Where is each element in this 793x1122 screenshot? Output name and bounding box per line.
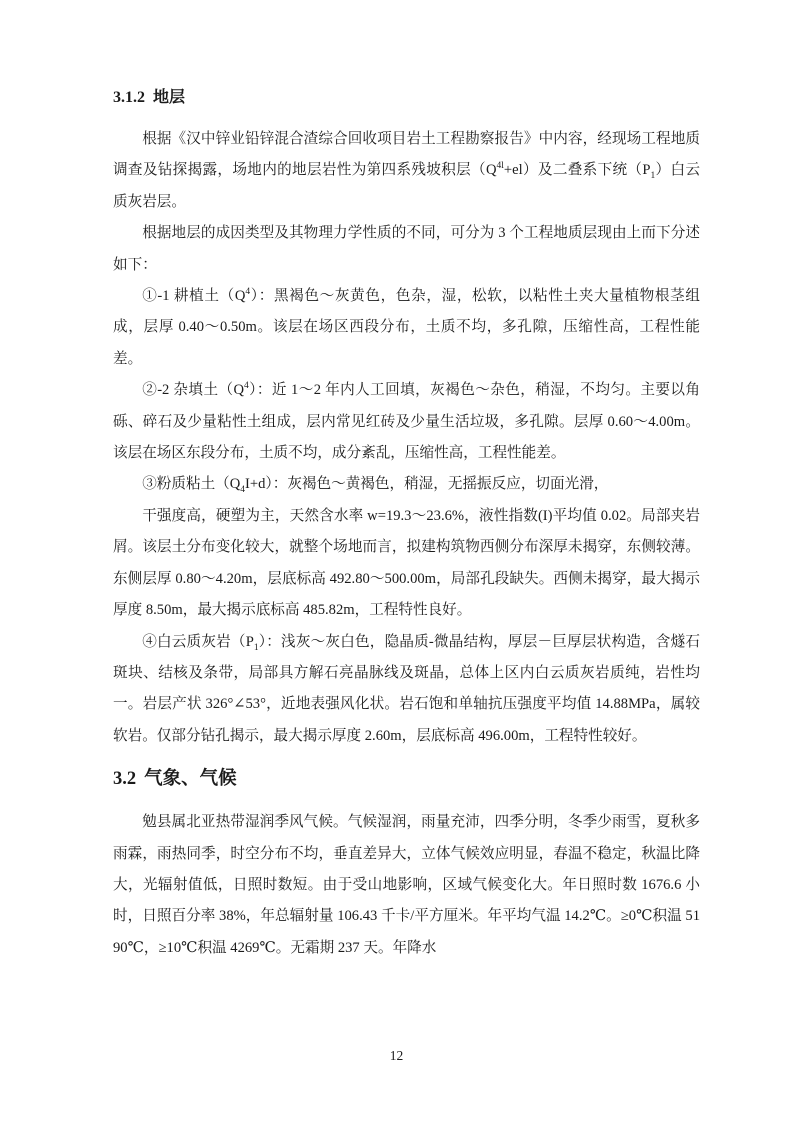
heading-number: 3.1.2 (113, 89, 145, 106)
paragraph-strata-intro: 根据《汉中锌业铅锌混合渣综合回收项目岩土工程勘察报告》中内容，经现场工程地质调查… (113, 124, 700, 218)
heading-title: 气象、气候 (144, 767, 237, 788)
text-segment: ③粉质粘土（Q (142, 476, 240, 492)
text-segment: ①-1 耕植土（Q (142, 288, 245, 304)
heading-3-2-meteorology-climate: 3.2气象、气候 (113, 764, 700, 793)
paragraph-layer-2-miscellaneous-fill: ②-2 杂填土（Q4）：近 1～2 年内人工回填，灰褐色～杂色，稍湿，不均匀。主… (113, 375, 700, 469)
paragraph-layer-3-properties: 干强度高，硬塑为主，天然含水率 w=19.3～23.6%，液性指数(I)平均值 … (113, 501, 700, 627)
superscript-segment: 4l (497, 162, 504, 172)
page-number: 12 (0, 1048, 793, 1064)
paragraph-layer-4-dolomitic-limestone: ④白云质灰岩（P1）：浅灰～灰白色，隐晶质-微晶结构，厚层－巨厚层状构造，含燧石… (113, 627, 700, 753)
heading-title: 地层 (153, 89, 185, 106)
text-segment: ②-2 杂填土（Q (142, 382, 244, 398)
paragraph-layer-3-silty-clay: ③粉质粘土（Q4I+d）：灰褐色～黄褐色，稍湿，无摇振反应，切面光滑， (113, 469, 700, 500)
paragraph-climate-description: 勉县属北亚热带湿润季风气候。气候湿润，雨量充沛，四季分明，冬季少雨雪，夏秋多雨霖… (113, 807, 700, 964)
text-segment: ④白云质灰岩（P (142, 634, 254, 650)
heading-number: 3.2 (113, 769, 136, 789)
paragraph-layer-overview: 根据地层的成因类型及其物理力学性质的不同，可分为 3 个工程地质层现由上而下分述… (113, 218, 700, 281)
paragraph-layer-1-cultivated-soil: ①-1 耕植土（Q4）：黑褐色～灰黄色，色杂，湿，松软，以粘性土夹大量植物根茎组… (113, 281, 700, 375)
text-segment: ）：浅灰～灰白色，隐晶质-微晶结构，厚层－巨厚层状构造，含燧石斑块、结核及条带，… (113, 634, 700, 744)
document-page: 3.1.2地层 根据《汉中锌业铅锌混合渣综合回收项目岩土工程勘察报告》中内容，经… (0, 0, 793, 1122)
heading-3-1-2-dicéng: 3.1.2地层 (113, 86, 700, 110)
text-segment: +el）及二叠系下统（P (504, 162, 651, 178)
text-segment: I+d）：灰褐色～黄褐色，稍湿，无摇振反应，切面光滑， (245, 476, 608, 492)
